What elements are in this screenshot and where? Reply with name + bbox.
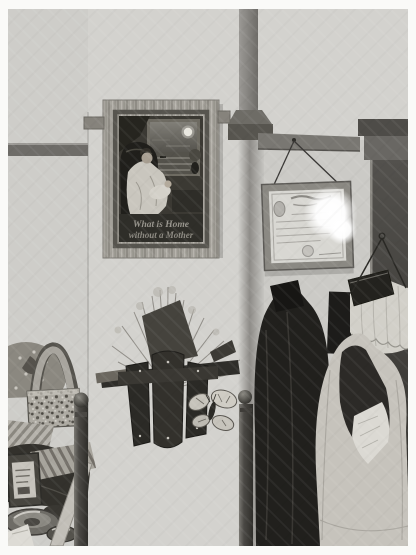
left-rail-highlight xyxy=(8,143,88,145)
distant-boat xyxy=(160,156,166,158)
border-right xyxy=(408,0,416,555)
door-head-cap xyxy=(358,119,410,136)
poster-picture: What is Home without a Mother xyxy=(119,116,203,242)
moon xyxy=(184,128,192,136)
photo-canvas: What is Home without a Mother xyxy=(0,0,416,555)
frame-corner-left-protrusion xyxy=(84,117,104,129)
certificate-frame-group xyxy=(262,181,360,276)
poster-vase xyxy=(191,162,199,174)
bed-post-left-shaft xyxy=(74,402,88,546)
poster-child-head xyxy=(164,180,171,187)
label-dark-block xyxy=(18,487,30,495)
bed-post-center xyxy=(238,390,253,546)
left-picture-rail xyxy=(8,144,88,156)
bed-post-center-shaft xyxy=(239,404,253,546)
bed-post-left xyxy=(74,393,89,547)
poster-mother-head xyxy=(142,153,153,164)
certificate-seal xyxy=(302,245,313,256)
poster-table xyxy=(172,190,203,212)
border-left xyxy=(0,0,8,555)
bed-post-center-collar xyxy=(240,408,252,412)
border-top xyxy=(0,0,416,9)
bed-post-left-collar xyxy=(75,412,87,417)
poster-shadow xyxy=(219,104,223,258)
bed-post-left-finial xyxy=(74,393,89,408)
wall-corner-pilaster xyxy=(239,9,258,112)
poster-motto-line1: What is Home xyxy=(133,220,190,230)
poster-motto-line2: without a Mother xyxy=(129,230,194,240)
framed-label xyxy=(6,453,42,507)
border-bottom xyxy=(0,546,416,555)
poster-flowers xyxy=(189,149,201,161)
certificate-vignette-oval xyxy=(274,201,286,216)
photograph: What is Home without a Mother xyxy=(0,0,416,555)
bed-post-center-finial xyxy=(238,390,252,404)
motto-poster: What is Home without a Mother xyxy=(84,100,230,258)
door-head xyxy=(364,136,410,160)
frame-corner-right-protrusion xyxy=(218,111,230,123)
wall-pocket-center-slat xyxy=(152,351,184,448)
